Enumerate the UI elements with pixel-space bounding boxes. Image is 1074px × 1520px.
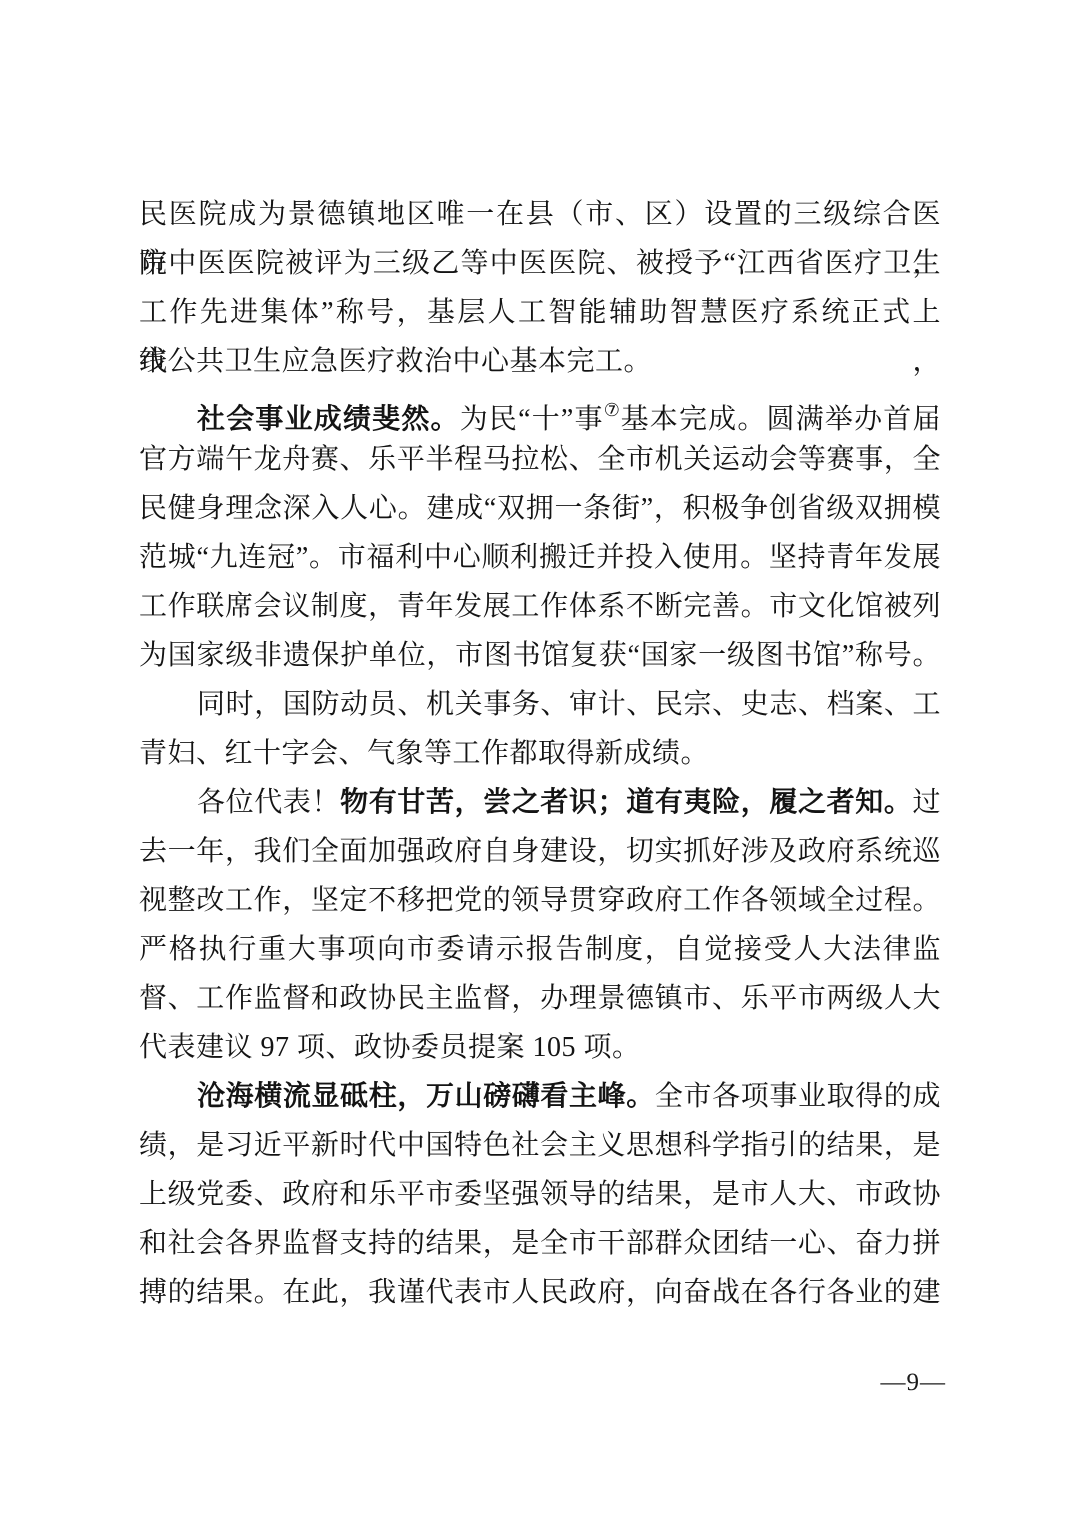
text-segment: 严格执行重大事项向市委请示报告制度，自觉接受人大法律监	[139, 934, 941, 965]
text-line: 搏的结果。在此，我谨代表市人民政府，向奋战在各行各业的建	[139, 1268, 941, 1317]
text-line: 沧海横流显砥柱，万山磅礴看主峰。全市各项事业取得的成	[139, 1072, 941, 1121]
text-line: 同时，国防动员、机关事务、审计、民宗、史志、档案、工	[139, 680, 941, 729]
text-segment: 工作联席会议制度，青年发展工作体系不断完善。市文化馆被列	[139, 591, 941, 622]
text-segment: 沧海横流显砥柱，万山磅礴看主峰。	[197, 1081, 655, 1112]
text-line: 上级党委、政府和乐平市委坚强领导的结果，是市人大、市政协	[139, 1170, 941, 1219]
text-segment: 社会事业成绩斐然。	[197, 404, 460, 435]
text-line: 青妇、红十字会、气象等工作都取得新成绩。	[139, 729, 941, 778]
text-segment: 搏的结果。在此，我谨代表市人民政府，向奋战在各行各业的建	[139, 1277, 941, 1308]
text-line: 视整改工作，坚定不移把党的领导贯穿政府工作各领域全过程。	[139, 876, 941, 925]
text-segment: 全市各项事业取得的成	[655, 1081, 941, 1112]
text-line: 督、工作监督和政协民主监督，办理景德镇市、乐平市两级人大	[139, 974, 941, 1023]
text-segment: 代表建议 97 项、政协委员提案 105 项。	[139, 1032, 641, 1063]
text-line: 社会事业成绩斐然。为民“十”事⑦基本完成。圆满举办首届	[139, 386, 941, 435]
text-line: 官方端午龙舟赛、乐平半程马拉松、全市机关运动会等赛事，全	[139, 435, 941, 484]
text-segment: 基本完成。圆满举办首届	[621, 404, 941, 435]
text-segment: 为民“十”事	[460, 404, 604, 435]
text-segment: 范城“九连冠”。市福利中心顺利搬迁并投入使用。坚持青年发展	[139, 542, 941, 573]
text-line: 民健身理念深入人心。建成“双拥一条街”，积极争创省级双拥模	[139, 484, 941, 533]
text-segment: 为国家级非遗保护单位，市图书馆复获“国家一级图书馆”称号。	[139, 640, 941, 671]
text-segment: 青妇、红十字会、气象等工作都取得新成绩。	[139, 738, 709, 769]
text-line: 和社会各界监督支持的结果，是全市干部群众团结一心、奋力拼	[139, 1219, 941, 1268]
footnote-marker: ⑦	[604, 400, 621, 420]
text-segment: 和社会各界监督支持的结果，是全市干部群众团结一心、奋力拼	[139, 1228, 941, 1259]
text-segment: 民健身理念深入人心。建成“双拥一条街”，积极争创省级双拥模	[139, 493, 941, 524]
text-line: 工作联席会议制度，青年发展工作体系不断完善。市文化馆被列	[139, 582, 941, 631]
text-segment: 同时，国防动员、机关事务、审计、民宗、史志、档案、工	[197, 689, 941, 720]
page-number: —9—	[881, 1368, 947, 1398]
text-line: 民医院成为景德镇地区唯一在县（市、区）设置的三级综合医院，	[139, 190, 941, 239]
text-segment: 上级党委、政府和乐平市委坚强领导的结果，是市人大、市政协	[139, 1179, 941, 1210]
text-line: 严格执行重大事项向市委请示报告制度，自觉接受人大法律监	[139, 925, 941, 974]
text-line: 市中医医院被评为三级乙等中医医院、被授予“江西省医疗卫生	[139, 239, 941, 288]
text-segment: 过	[912, 787, 941, 818]
text-line: 工作先进集体”称号，基层人工智能辅助智慧医疗系统正式上线，	[139, 288, 941, 337]
text-segment: 督、工作监督和政协民主监督，办理景德镇市、乐平市两级人大	[139, 983, 941, 1014]
text-segment: 绩，是习近平新时代中国特色社会主义思想科学指引的结果，是	[139, 1130, 941, 1161]
text-segment: 物有甘苦，尝之者识；道有夷险，履之者知。	[340, 787, 912, 818]
document-body: 民医院成为景德镇地区唯一在县（市、区）设置的三级综合医院，市中医医院被评为三级乙…	[139, 190, 941, 1317]
text-segment: 各位代表！	[197, 787, 340, 818]
text-segment: 去一年，我们全面加强政府自身建设，切实抓好涉及政府系统巡	[139, 836, 941, 867]
text-segment: 官方端午龙舟赛、乐平半程马拉松、全市机关运动会等赛事，全	[139, 444, 941, 475]
text-line: 去一年，我们全面加强政府自身建设，切实抓好涉及政府系统巡	[139, 827, 941, 876]
text-line: 为国家级非遗保护单位，市图书馆复获“国家一级图书馆”称号。	[139, 631, 941, 680]
text-segment: 视整改工作，坚定不移把党的领导贯穿政府工作各领域全过程。	[139, 885, 941, 916]
text-line: 代表建议 97 项、政协委员提案 105 项。	[139, 1023, 941, 1072]
text-line: 各位代表！物有甘苦，尝之者识；道有夷险，履之者知。过	[139, 778, 941, 827]
text-line: 绩，是习近平新时代中国特色社会主义思想科学指引的结果，是	[139, 1121, 941, 1170]
document-page: 民医院成为景德镇地区唯一在县（市、区）设置的三级综合医院，市中医医院被评为三级乙…	[0, 0, 1074, 1520]
text-segment: 市公共卫生应急医疗救治中心基本完工。	[139, 346, 652, 377]
text-segment: 市中医医院被评为三级乙等中医医院、被授予“江西省医疗卫生	[139, 248, 941, 279]
text-line: 范城“九连冠”。市福利中心顺利搬迁并投入使用。坚持青年发展	[139, 533, 941, 582]
